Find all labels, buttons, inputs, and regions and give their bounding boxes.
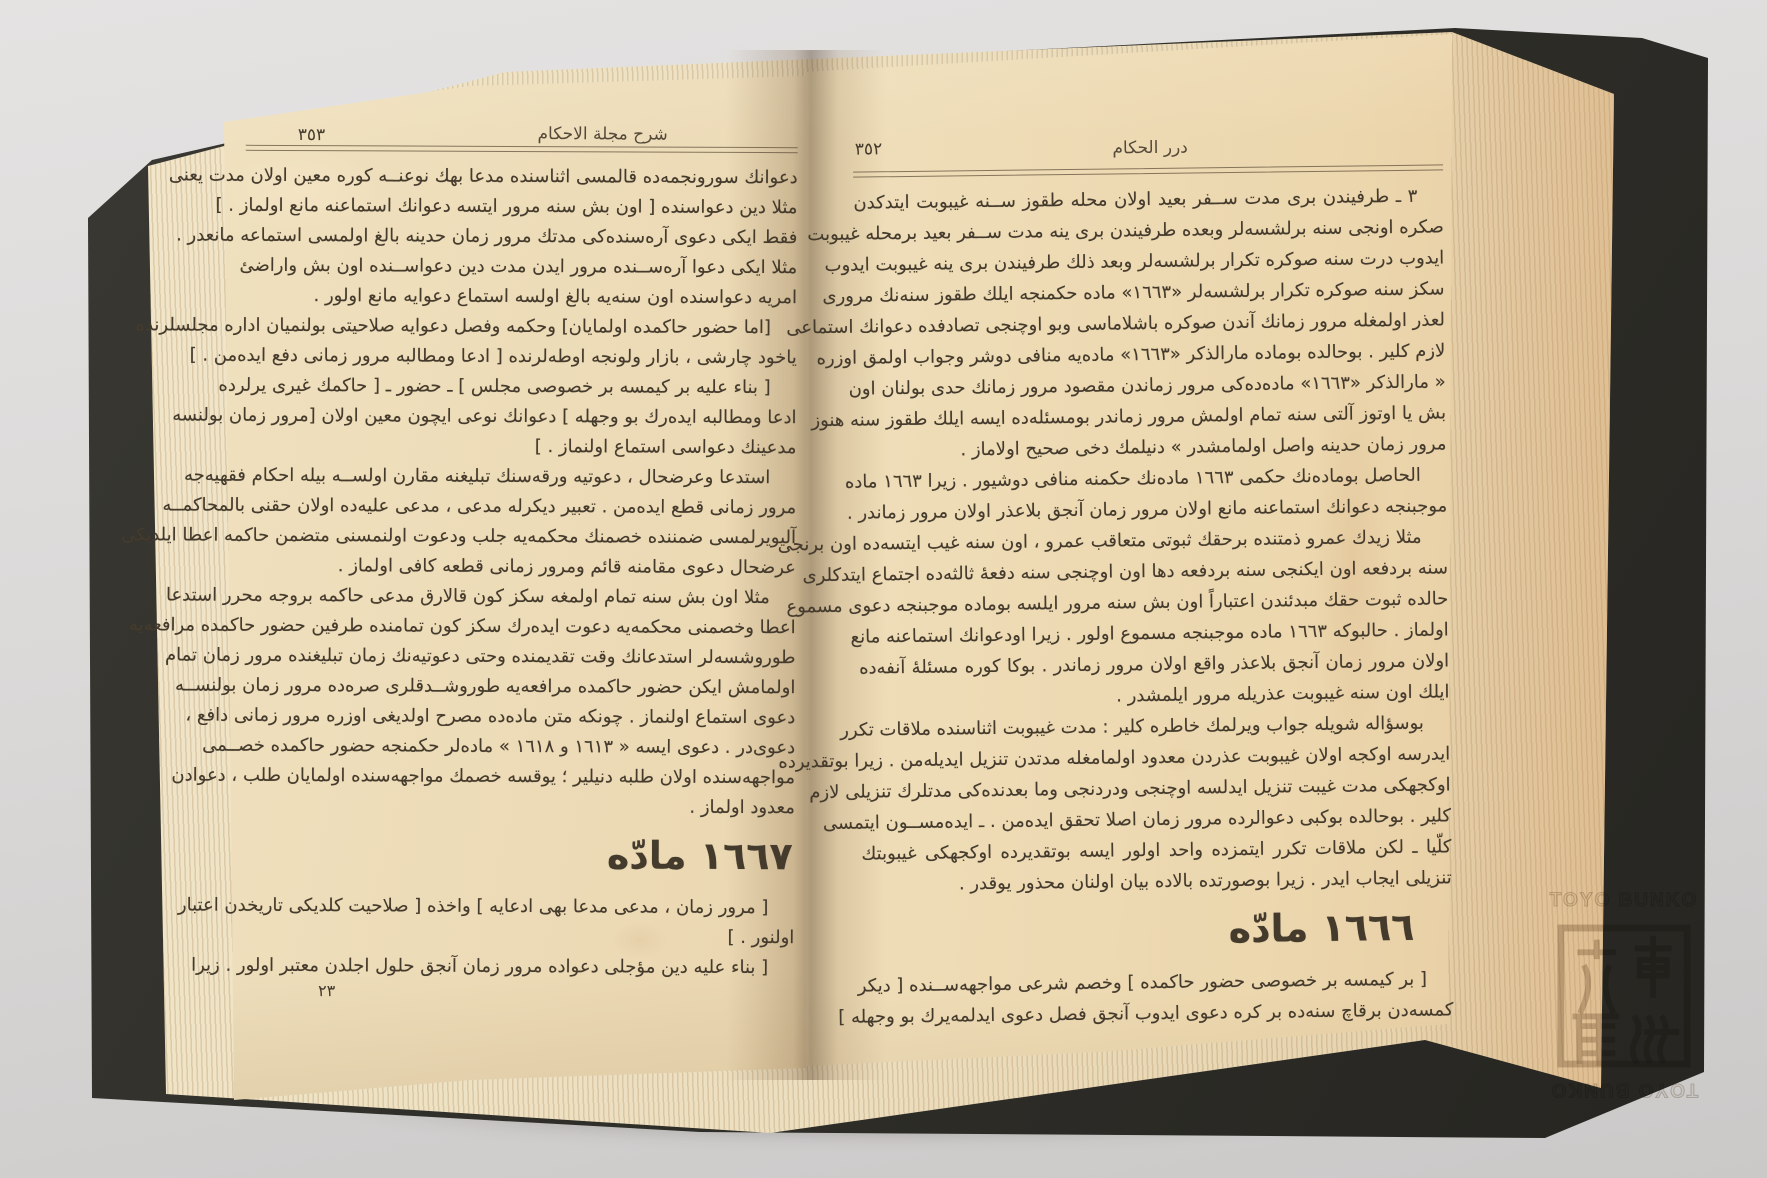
right-page-header-title: درر الحكام (1112, 138, 1188, 159)
text-line: مثلا ايكى دعوا آره‌ســنده مرور ايدن مدت … (245, 251, 797, 283)
text-line: دعوى استماع اولنماز . چونكه متن ماده‌ده … (243, 701, 795, 733)
text-line: [ بناء عليه بر كيمسه بر خصوصى مجلس ] ـ ح… (245, 371, 797, 403)
left-article-heading: ١٦٦٧ مادّه (243, 827, 793, 883)
text-line: طوروشسه‌لر استدعانك وقت تقديمنده وحتى دع… (243, 641, 795, 673)
text-line: فقط ايكى دعوى آره‌سنده‌كى مدتك مرور زمان… (245, 221, 797, 253)
text-line: استدعا وعرضحال ، دعوتيه ورقه‌سنك تبليغنه… (244, 461, 796, 493)
text-line: آليويرلمسى ضمننده خصمنك محكمه‌يه جلب ودع… (244, 521, 796, 553)
book-photo-scene: ٣٥٣ شرح مجلة الاحكام دعوانك سورونجمه‌ده … (0, 0, 1767, 1178)
left-page-content: ٣٥٣ شرح مجلة الاحكام دعوانك سورونجمه‌ده … (242, 95, 798, 1002)
right-page-header: ٣٥٢ درر الحكام (852, 114, 1443, 171)
text-line: معدود اولماز . (243, 791, 795, 823)
toyo-bunko-seal-icon (1556, 922, 1692, 1070)
toyo-bunko-watermark: TOYO BUNKO TOYO BUNKO (1540, 890, 1708, 1100)
watermark-text-bottom: TOYO BUNKO (1540, 1078, 1708, 1100)
text-line: دعوى‌در . دعوى ايسه « ١٦١٣ و ١٦١٨ » ماده… (243, 731, 795, 763)
text-line: ياخود چارشى ، بازار ولونجه اوطه‌لرنده [ … (245, 341, 797, 373)
text-line: اعطا وخصمنى محكمه‌يه دعوت ايده‌رك سكز كو… (244, 611, 796, 643)
text-line: مدعينك دعواسى استماع اولنماز . ] (244, 431, 796, 463)
right-page-content: ٣٥٢ درر الحكام ٣ ـ طرفيندن برى مدت ســفر… (852, 114, 1453, 1032)
left-page-number: ٣٥٣ (298, 125, 325, 145)
text-line: مثلا اون بش سنه تمام اولمغه سكز كون قالا… (244, 581, 796, 613)
text-line: ادعا ومطالبه ايده‌رك بو وجهله ] دعوانك ن… (245, 401, 797, 433)
text-line: مواجهه‌سنده اولان طلبه دنيلير ؛ يوقسه خص… (243, 761, 795, 793)
text-line: [ مرور زمان ، مدعى مدعا بهى ادعايه ] واخ… (242, 891, 794, 923)
left-article-body: [ مرور زمان ، مدعى مدعا بهى ادعايه ] واخ… (242, 891, 794, 983)
watermark-text-top: TOYO BUNKO (1540, 890, 1708, 912)
text-line: عرضحال دعوى مقامنه قائم ومرور زمانى قطعه… (244, 551, 796, 583)
right-article-heading: ١٦٦٦ مادّه (862, 899, 1451, 960)
text-line: امريه دعواسنده اون سنه‌يه بالغ اولسه است… (245, 281, 797, 313)
text-line: اولنور . ] (242, 921, 794, 953)
text-line: مثلا دين دعواسنده [ اون بش سنه مرور ايتس… (245, 191, 797, 223)
text-line: اولمامش ايكن حضور حاكمده مرافعه‌يه طوروش… (243, 671, 795, 703)
right-page-number: ٣٥٢ (855, 139, 883, 159)
text-line: دعوانك سورونجمه‌ده قالمسى اثناسنده مدعا … (246, 161, 798, 193)
right-page-body: ٣ ـ طرفيندن برى مدت ســفر بعيد اولان محل… (853, 180, 1452, 900)
left-page-body: دعوانك سورونجمه‌ده قالمسى اثناسنده مدعا … (243, 161, 798, 823)
text-line: [اما حضور حاكمده اولمايان] وحكمه وفصل دع… (245, 311, 797, 343)
right-article-body: [ بر كيمسه بر خصوصى حضور حاكمده ] وخصم ش… (863, 963, 1454, 1032)
left-page-header: ٣٥٣ شرح مجلة الاحكام (246, 95, 798, 147)
text-line: [ بناء عليه دين مؤجلى دعواده مرور زمان آ… (242, 951, 794, 983)
gathering-number: ٢٣ (242, 981, 794, 1002)
left-page-header-title: شرح مجلة الاحكام (538, 124, 668, 145)
text-line: مرور زمانى قطع ايده‌من . تعبير ديكرله مد… (244, 491, 796, 523)
